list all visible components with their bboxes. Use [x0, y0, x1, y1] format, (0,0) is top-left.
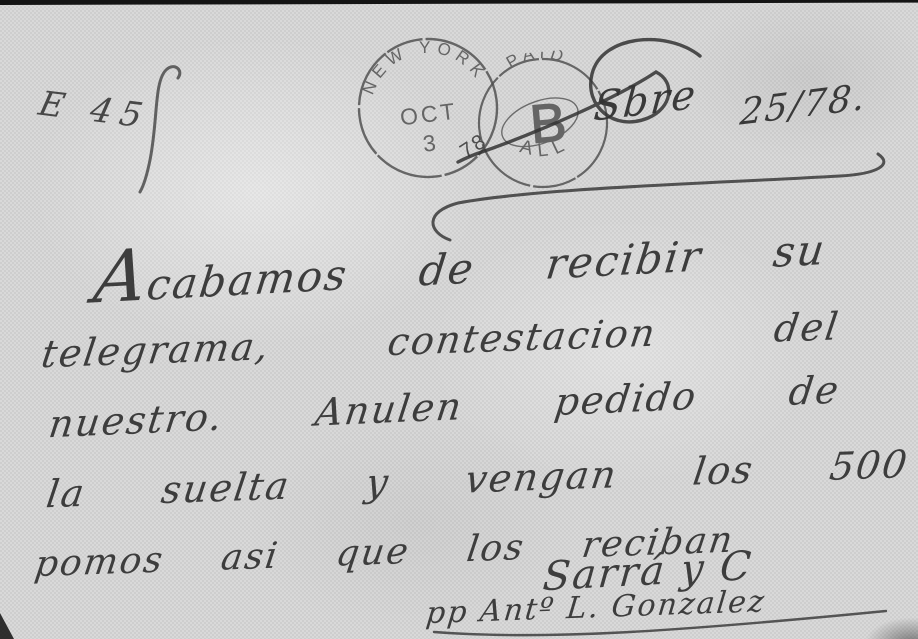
scan-corner-bottom-right	[864, 617, 918, 639]
postmark-paid-text: PAID	[502, 46, 572, 73]
scan-edge-top	[0, 0, 918, 5]
date-value-script: 25/78.	[738, 76, 868, 133]
letter-line-4: la suelta y vengan los 500	[44, 442, 912, 516]
letter-line-1: Acabamos de recibir su	[90, 198, 833, 320]
letter-line-3: nuestro. Anulen pedido de	[46, 367, 843, 446]
postmark-day-text: 3	[421, 129, 437, 156]
scanned-letter: E 45 NEW YORK OCT 3 78 PAID B ALL Sbre 2…	[0, 0, 918, 639]
scan-corner-bottom-left	[0, 613, 14, 639]
signature-clerk: pp Antº L. Gonzalez	[424, 584, 767, 631]
corner-docket-mark: E 45	[35, 84, 154, 137]
postmark-month-text: OCT	[399, 98, 459, 131]
